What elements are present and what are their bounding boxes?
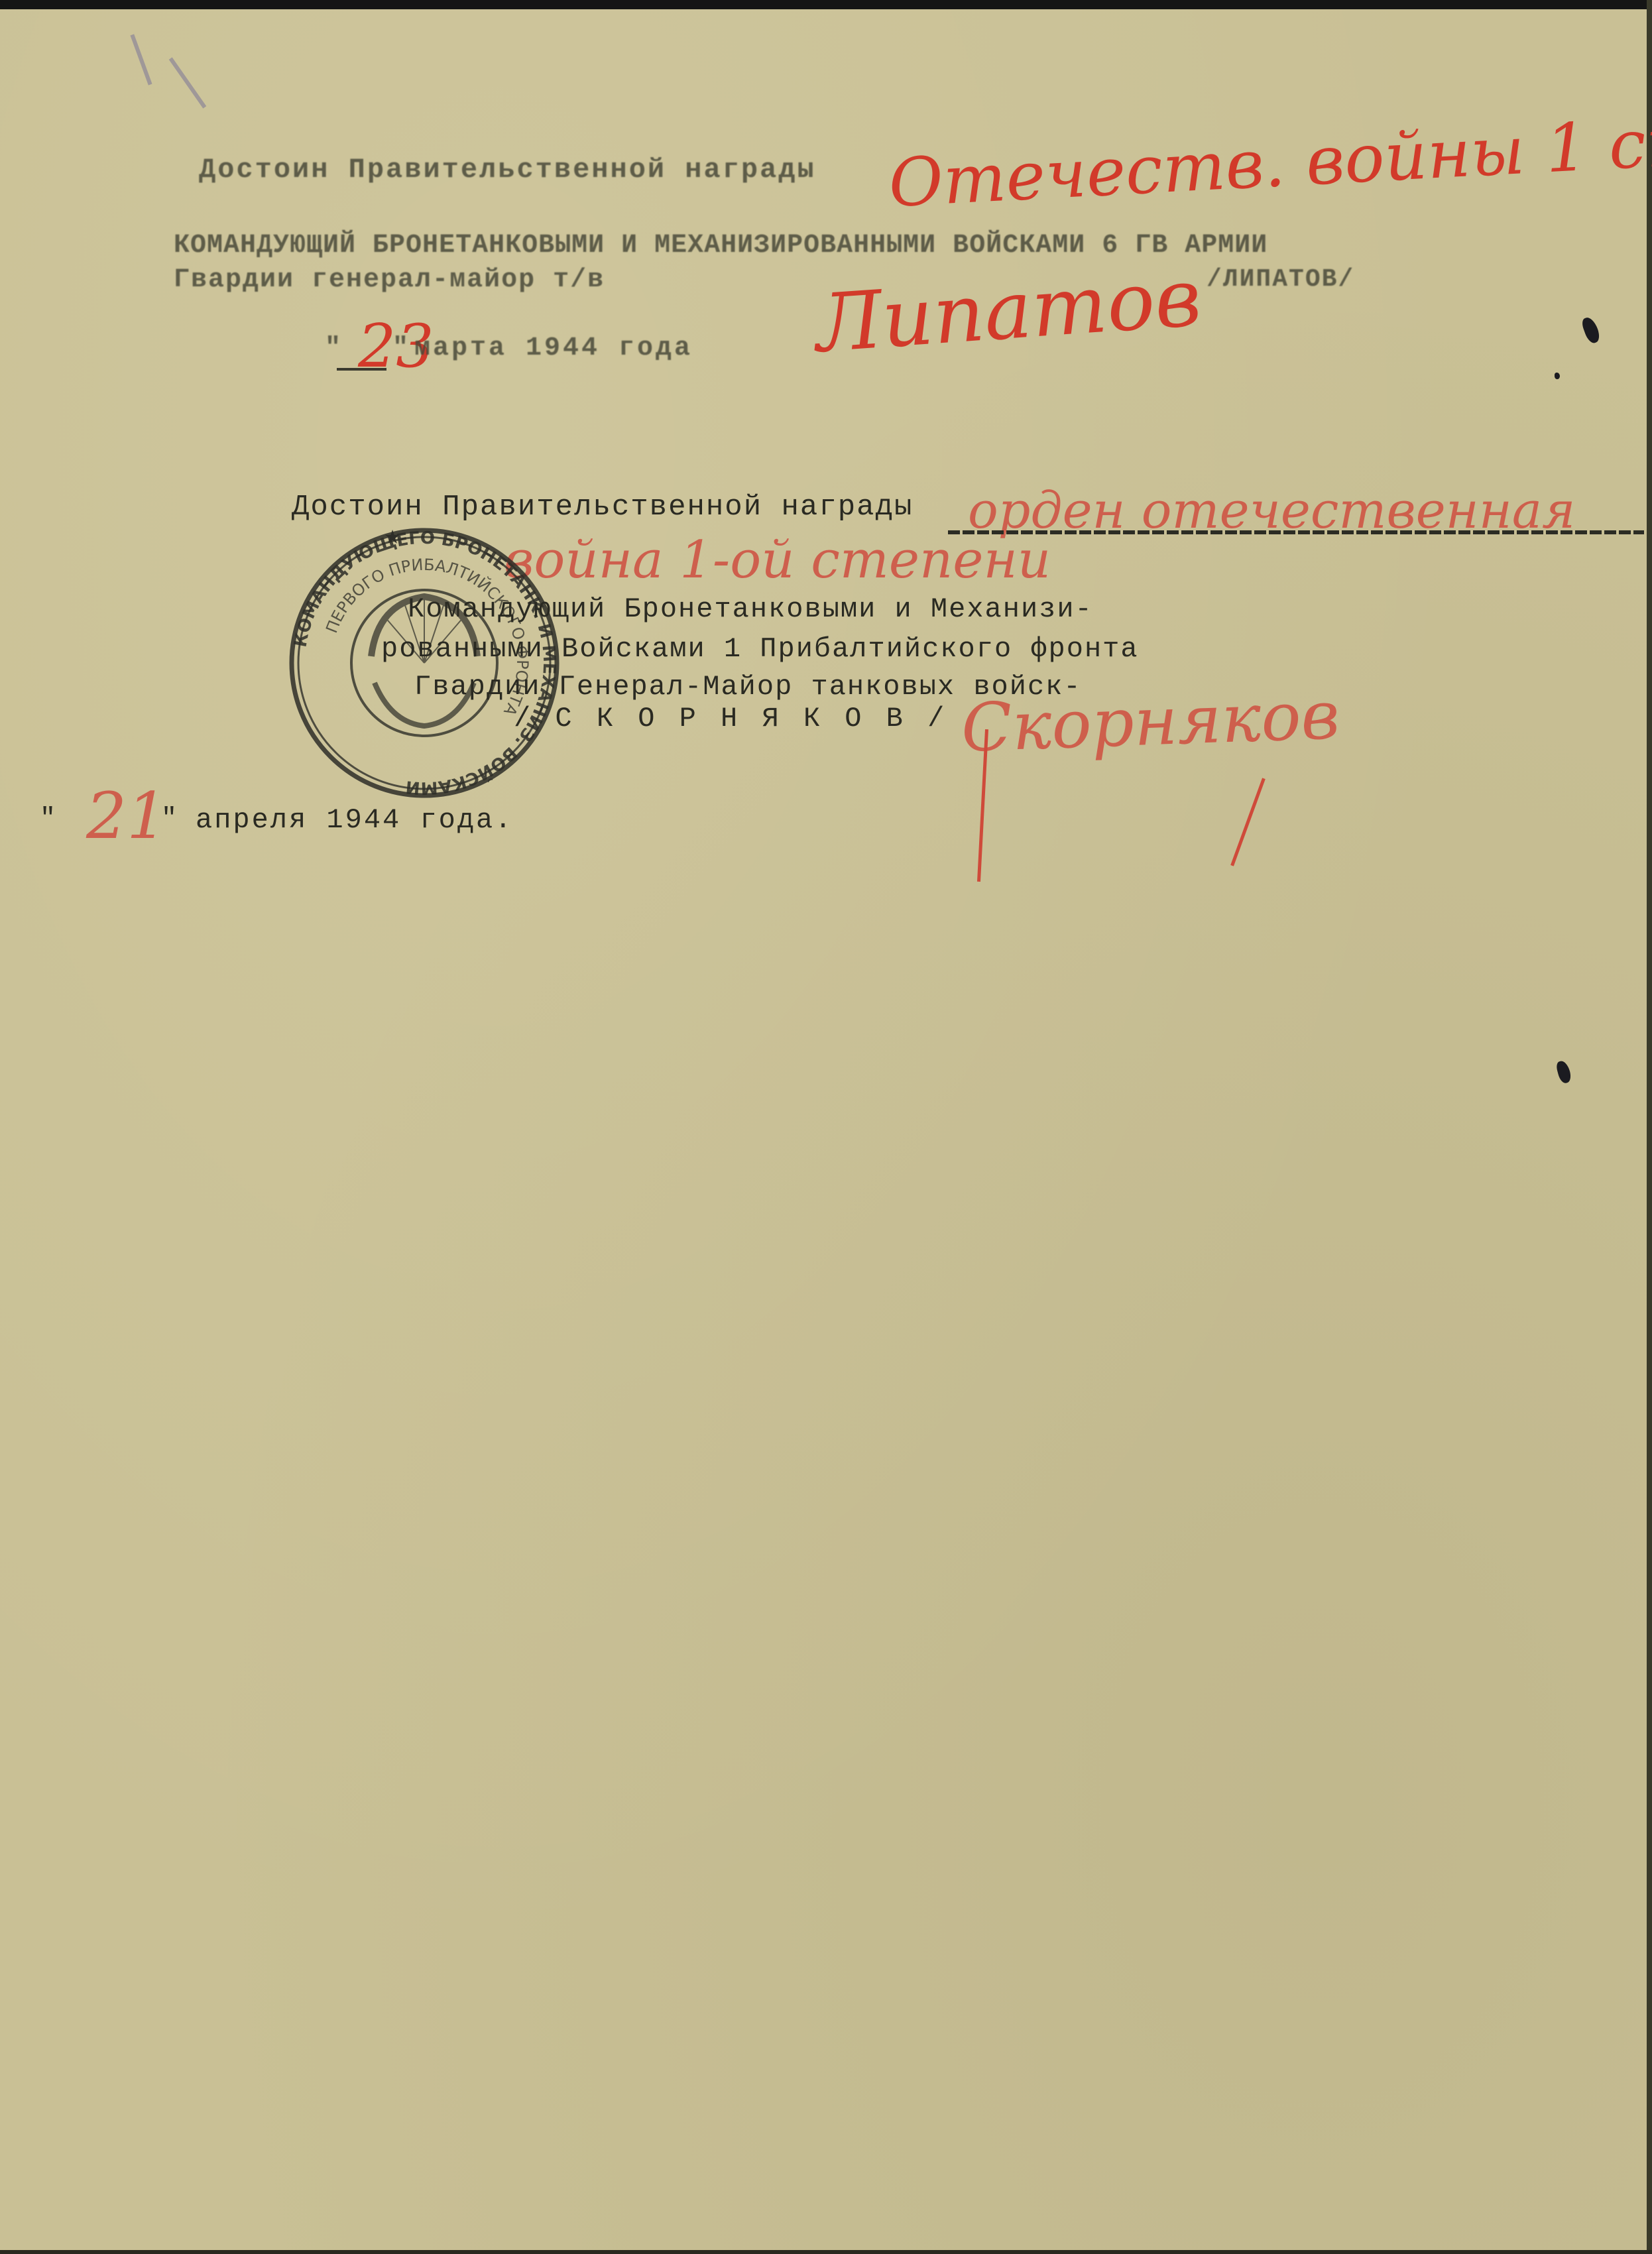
- award-line-1: Достоин Правительственной награды: [199, 154, 816, 186]
- award-handwritten-2-line2: война 1-ой степени: [504, 530, 1051, 590]
- date-1-quote-open: ": [325, 333, 342, 363]
- scan-top-border: [0, 0, 1652, 9]
- commander-name-1: /ЛИПАТОВ/: [1207, 265, 1354, 294]
- document-page: Достоин Правительственной награды Отечес…: [0, 0, 1652, 2254]
- commander-name-2: / С К О Р Н Я К О В /: [514, 703, 948, 735]
- award-line-2: Достоин Правительственной награды: [292, 491, 913, 524]
- signature-2-stroke: [1230, 778, 1266, 866]
- date-2-day: 21: [86, 779, 167, 853]
- award-underline: [948, 530, 1644, 534]
- commander-title-1-line1: КОМАНДУЮЩИЙ БРОНЕТАНКОВЫМИ И МЕХАНИЗИРОВ…: [174, 231, 1268, 261]
- punch-hole: [1555, 373, 1560, 379]
- date-1-underline: [337, 368, 386, 371]
- scan-bottom-border: [0, 2250, 1652, 2254]
- punch-hole: [1555, 1059, 1572, 1085]
- scan-right-border: [1647, 0, 1652, 2254]
- date-2-quote-open: ": [40, 804, 58, 834]
- commander-title-2-line2: рованными Войсками 1 Прибалтийского фрон…: [381, 633, 1139, 665]
- date-1-rest: марта 1944 года: [414, 333, 693, 363]
- award-handwritten-1: Отечеств. войны 1 ст.: [887, 101, 1652, 222]
- commander-title-2-line1: Командующий Бронетанковыми и Механизи-: [408, 593, 1093, 625]
- signature-1: Липатов: [813, 252, 1204, 371]
- svg-text:★: ★: [384, 524, 400, 552]
- signature-2: Скорняков: [960, 676, 1340, 767]
- commander-title-1-line2: Гвардии генерал-майор т/в: [174, 265, 605, 295]
- date-1-quote-close: ": [392, 333, 410, 363]
- ink-mark: [169, 57, 207, 108]
- date-2-quote-close: ": [161, 804, 179, 834]
- ink-mark: [131, 34, 152, 85]
- date-2-rest: апреля 1944 года.: [196, 804, 513, 836]
- punch-hole: [1580, 316, 1602, 345]
